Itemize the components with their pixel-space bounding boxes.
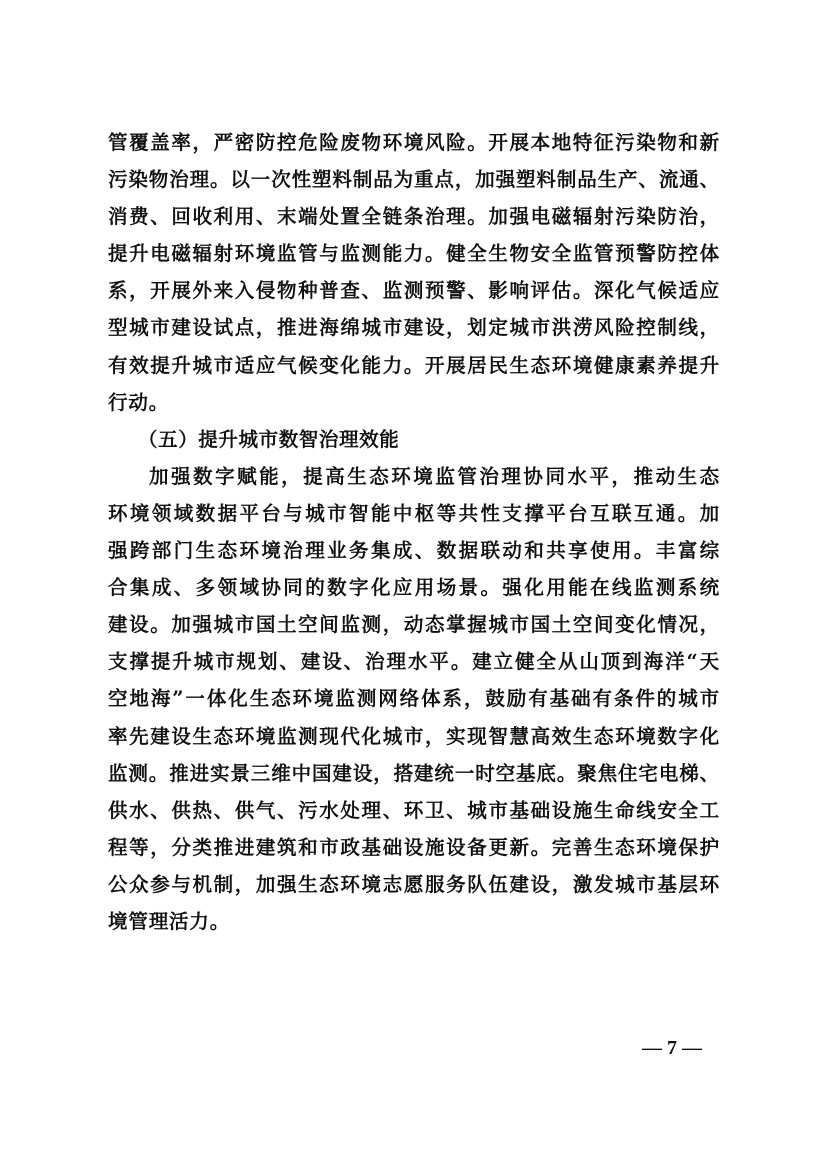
paragraph-line: 监测。推进实景三维中国建设，搭建统一时空基底。聚焦住宅电梯、: [108, 755, 720, 792]
paragraph-line: 型城市建设试点，推进海绵城市建设，划定城市洪涝风险控制线，: [108, 309, 720, 346]
paragraph-line: 污染物治理。以一次性塑料制品为重点，加强塑料制品生产、流通、: [108, 161, 720, 198]
paragraph-line: 提升电磁辐射环境监管与监测能力。健全生物安全监管预警防控体: [108, 235, 720, 272]
paragraph-line: 公众参与机制，加强生态环境志愿服务队伍建设，激发城市基层环: [108, 866, 720, 903]
paragraph-line: 支撑提升城市规划、建设、治理水平。建立健全从山顶到海洋“天: [108, 643, 720, 680]
paragraph-line: 空地海”一体化生态环境监测网络体系，鼓励有基础有条件的城市: [108, 680, 720, 717]
paragraph-line: 强跨部门生态环境治理业务集成、数据联动和共享使用。丰富综: [108, 532, 720, 569]
paragraph-line: 有效提升城市适应气候变化能力。开展居民生态环境健康素养提升: [108, 347, 720, 384]
paragraph-line: 合集成、多领域协同的数字化应用场景。强化用能在线监测系统: [108, 569, 720, 606]
page-number: — 7 —: [642, 1033, 722, 1063]
body-text: 管覆盖率，严密防控危险废物环境风险。开展本地特征污染物和新 污染物治理。以一次性…: [108, 124, 720, 940]
paragraph-line: 加强数字赋能，提高生态环境监管治理协同水平，推动生态: [108, 458, 720, 495]
paragraph-line: 程等，分类推进建筑和市政基础设施设备更新。完善生态环境保护: [108, 829, 720, 866]
paragraph-line: 供水、供热、供气、污水处理、环卫、城市基础设施生命线安全工: [108, 792, 720, 829]
paragraph-line: 系，开展外来入侵物种普查、监测预警、影响评估。深化气候适应: [108, 272, 720, 309]
paragraph-line: 消费、回收利用、末端处置全链条治理。加强电磁辐射污染防治，: [108, 198, 720, 235]
paragraph-line: 率先建设生态环境监测现代化城市，实现智慧高效生态环境数字化: [108, 718, 720, 755]
section-heading: （五）提升城市数智治理效能: [108, 421, 720, 458]
paragraph-line: 管覆盖率，严密防控危险废物环境风险。开展本地特征污染物和新: [108, 124, 720, 161]
paragraph-line: 环境领域数据平台与城市智能中枢等共性支撑平台互联互通。加: [108, 495, 720, 532]
paragraph-line: 行动。: [108, 384, 720, 421]
paragraph-line: 建设。加强城市国土空间监测，动态掌握城市国土空间变化情况，: [108, 606, 720, 643]
document-page: 管覆盖率，严密防控危险废物环境风险。开展本地特征污染物和新 污染物治理。以一次性…: [0, 0, 827, 1170]
paragraph-line: 境管理活力。: [108, 903, 720, 940]
